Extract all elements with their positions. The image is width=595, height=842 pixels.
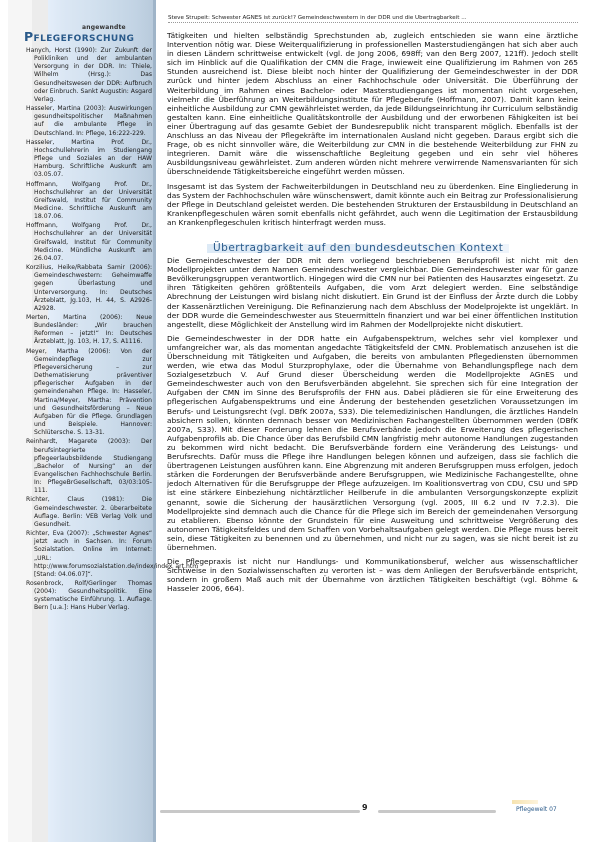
reference-item: Hoffmann, Wolfgang Prof. Dr., Hochschull… — [26, 181, 152, 222]
body-paragraph: Tätigkeiten und hielten selbständig Spre… — [167, 31, 578, 177]
body-paragraph: Die Pflegepraxis ist nicht nur Handlungs… — [167, 557, 578, 593]
body-paragraph: Die Gemeindeschwester in der DDR hatte e… — [167, 334, 578, 552]
reference-item: Meyer, Martha (2006): Von der Gemeindepf… — [26, 348, 152, 438]
reference-item: Richter, Claus (1981): Die Gemeindeschwe… — [26, 496, 152, 529]
reference-item: Hanych, Horst (1990): Zur Zukunft der Po… — [26, 47, 152, 104]
reference-list: Hanych, Horst (1990): Zur Zukunft der Po… — [26, 47, 152, 614]
running-head: Steve Strupeit: Schwester AGNES ist zurü… — [168, 15, 578, 23]
footer-rule-right — [378, 810, 496, 813]
magazine-name: Pflegewelt 07 — [516, 806, 557, 813]
page-number: 9 — [362, 803, 368, 812]
reference-item: Hasseler, Martina (2003): Auswirkungen g… — [26, 105, 152, 138]
sidebar-divider — [153, 0, 156, 842]
reference-item: Merten, Martina (2006): Neue Bundeslände… — [26, 314, 152, 347]
reference-item: Richter, Eva (2007): „Schwester Agnes“ j… — [26, 530, 152, 579]
footer-rule-left — [160, 810, 360, 813]
body-paragraph: Die Gemeindeschwester der DDR mit dem vo… — [167, 256, 578, 329]
footer-accent — [512, 800, 538, 804]
body-paragraph: Insgesamt ist das System der Fachweiterb… — [167, 182, 578, 227]
article-body: Tätigkeiten und hielten selbständig Spre… — [167, 31, 578, 598]
section-heading: Übertragbarkeit auf den bundesdeutschen … — [207, 244, 509, 253]
reference-item: Hasseler, Martina Prof. Dr., Hochschulle… — [26, 139, 152, 180]
reference-item: Rosenbrock, Rolf/Gerlinger Thomas (2004)… — [26, 580, 152, 613]
reference-item: Korzilius, Heike/Rabbata Samir (2006): G… — [26, 264, 152, 313]
reference-item: Hoffmann, Wolfgang Prof. Dr., Hochschull… — [26, 222, 152, 263]
journal-logo: Pflegeforschung — [24, 29, 134, 44]
reference-item: Reinhardt, Magarete (2003): Der berufsin… — [26, 438, 152, 495]
